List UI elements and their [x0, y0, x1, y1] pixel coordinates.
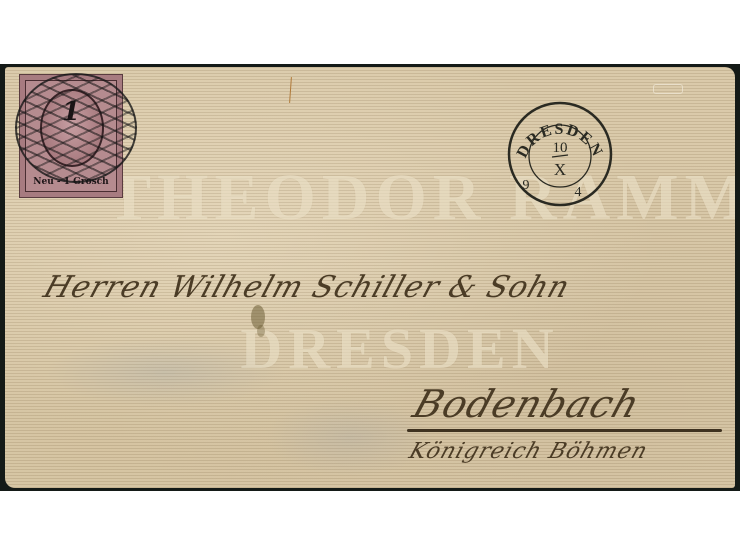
smudge: [45, 337, 285, 407]
address-recipient: Herren Wilhelm Schiller & Sohn: [39, 270, 574, 305]
pencil-mark: [289, 77, 292, 103]
postmark-month: X: [554, 160, 566, 179]
grid-cancel: [15, 73, 137, 183]
smudge: [265, 397, 435, 477]
envelope: THEODOR RAMM DRESDEN 1 Neu - 1 Grosch DR…: [5, 67, 735, 488]
postmark-time-left: 6: [523, 176, 530, 191]
address-region: Königreich Böhmen: [406, 439, 651, 464]
dresden-postmark: DRESDEN 10 X 6 4: [506, 100, 614, 208]
stain: [257, 325, 265, 337]
postmark-time-right: 4: [575, 185, 582, 200]
address-city: Bodenbach: [408, 382, 646, 426]
corner-mark: [653, 84, 683, 94]
address-underline: [407, 429, 722, 432]
postmark-day: 10: [553, 140, 568, 156]
